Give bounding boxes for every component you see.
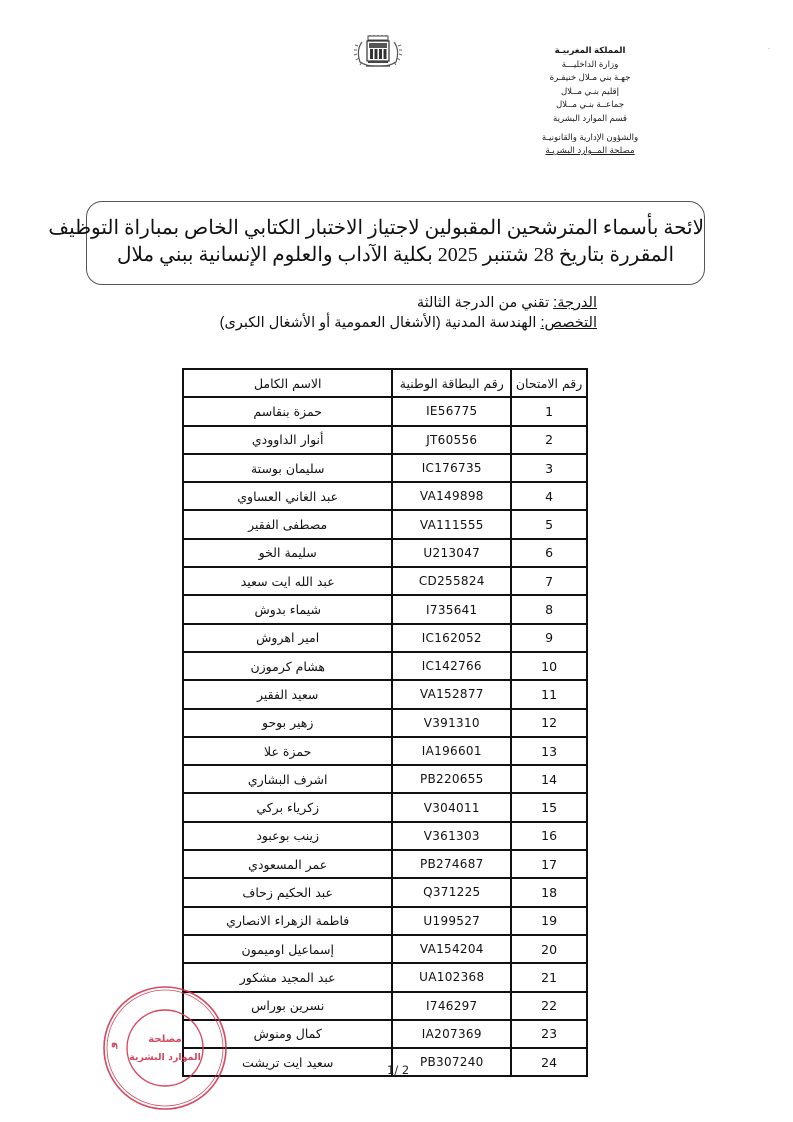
exam-number-cell: 24 [511,1048,587,1076]
table-row: 5VA111555مصطفى الفقير [183,510,587,538]
full-name-cell: عمر المسعودي [183,850,392,878]
national-id-cell: CD255824 [392,567,511,595]
grade-label: الدرجة: [553,295,597,311]
national-id-cell: I735641 [392,595,511,623]
national-id-cell: IA207369 [392,1020,511,1048]
table-row: 13IA196601حمزة علا [183,737,587,765]
grade-value: تقني من الدرجة الثالثة [417,295,553,311]
header-exam-number: رقم الامتحان [511,369,587,397]
full-name-cell: اشرف البشاري [183,765,392,793]
full-name-cell: أنوار الداوودي [183,426,392,454]
table-row: 18Q371225عبد الحكيم زحاف [183,878,587,906]
header-national-id: رقم البطاقة الوطنية [392,369,511,397]
national-id-cell: V361303 [392,822,511,850]
national-id-cell: VA149898 [392,482,511,510]
letterhead-province: إقليم بنـي مــلال [530,85,650,99]
exam-number-cell: 8 [511,595,587,623]
specialty-value: الهندسة المدنية (الأشغال العمومية أو الأ… [220,315,541,331]
exam-number-cell: 10 [511,652,587,680]
table-row: 19U199527فاطمة الزهراء الانصاري [183,907,587,935]
national-id-cell: V304011 [392,793,511,821]
exam-number-cell: 13 [511,737,587,765]
full-name-cell: عبد الغاني العساوي [183,482,392,510]
full-name-cell: شيماء بدوش [183,595,392,623]
exam-number-cell: 5 [511,510,587,538]
full-name-cell: حمزة علا [183,737,392,765]
exam-number-cell: 3 [511,454,587,482]
full-name-cell: سعيد الفقير [183,680,392,708]
table-row: 3IC176735سليمان بوستة [183,454,587,482]
table-row: 9IC162052امير اهروش [183,624,587,652]
full-name-cell: زينب بوعبود [183,822,392,850]
full-name-cell: زهير بوحو [183,709,392,737]
exam-number-cell: 21 [511,963,587,991]
letterhead-division: قسم الموارد البشرية [530,112,650,126]
letterhead-kingdom: المملكة المغربيـة [530,44,650,58]
page-number: 1/ 2 [387,1063,409,1077]
full-name-cell: هشام كرموزن [183,652,392,680]
exam-number-cell: 17 [511,850,587,878]
municipal-emblem-icon [352,34,404,70]
letterhead-region: جهـة بني مـلال خنيفـرة [530,71,650,85]
table-row: 17PB274687عمر المسعودي [183,850,587,878]
national-id-cell: IC176735 [392,454,511,482]
table-row: 12V391310زهير بوحو [183,709,587,737]
header-full-name: الاسم الكامل [183,369,392,397]
national-id-cell: UA102368 [392,963,511,991]
table-row: 20VA154204إسماعيل اوميمون [183,935,587,963]
table-row: 14PB220655اشرف البشاري [183,765,587,793]
exam-number-cell: 9 [511,624,587,652]
exam-number-cell: 6 [511,539,587,567]
letterhead-commune: جماعــة بنـي مــلال [530,98,650,112]
letterhead-ministry: وزارة الداخليـــة [530,58,650,72]
full-name-cell: عبد الله ايت سعيد [183,567,392,595]
full-name-cell: امير اهروش [183,624,392,652]
table-row: 6U213047سليمة الخو [183,539,587,567]
letterhead-service: مصلحة المــوارد البشريـة [530,144,650,158]
exam-number-cell: 14 [511,765,587,793]
table-row: 10IC142766هشام كرموزن [183,652,587,680]
full-name-cell: مصطفى الفقير [183,510,392,538]
letterhead-division-cont: والشؤون الإدارية والقانونيـة [530,131,650,145]
table-row: 23IA207369كمال ومنوش [183,1020,587,1048]
exam-number-cell: 1 [511,397,587,425]
exam-number-cell: 22 [511,992,587,1020]
full-name-cell: حمزة بنقاسم [183,397,392,425]
national-id-cell: VA154204 [392,935,511,963]
exam-number-cell: 20 [511,935,587,963]
national-id-cell: U199527 [392,907,511,935]
national-id-cell: Q371225 [392,878,511,906]
national-id-cell: VA111555 [392,510,511,538]
specialty-row: التخصص: الهندسة المدنية (الأشغال العمومي… [220,313,597,333]
exam-number-cell: 16 [511,822,587,850]
full-name-cell: إسماعيل اوميمون [183,935,392,963]
table-row: 7CD255824عبد الله ايت سعيد [183,567,587,595]
national-id-cell: VA152877 [392,680,511,708]
grade-row: الدرجة: تقني من الدرجة الثالثة [220,293,597,313]
full-name-cell: زكرياء بركي [183,793,392,821]
full-name-cell: سليمة الخو [183,539,392,567]
national-id-cell: U213047 [392,539,511,567]
candidates-table: رقم الامتحان رقم البطاقة الوطنية الاسم ا… [182,368,588,1077]
exam-meta: الدرجة: تقني من الدرجة الثالثة التخصص: ا… [220,293,597,333]
national-id-cell: PB220655 [392,765,511,793]
svg-text:مصلحة: مصلحة [148,1034,181,1045]
table-row: 24PB307240سعيد ايت تريشت [183,1048,587,1076]
table-header-row: رقم الامتحان رقم البطاقة الوطنية الاسم ا… [183,369,587,397]
national-id-cell: PB274687 [392,850,511,878]
document-title-box: لائحة بأسماء المترشحين المقبولين لاجتياز… [86,201,705,285]
official-stamp-icon: وزارة الداخلية ★ جماعة بني ملال ★ جهة بن… [101,984,229,1112]
exam-number-cell: 23 [511,1020,587,1048]
full-name-cell: فاطمة الزهراء الانصاري [183,907,392,935]
exam-number-cell: 18 [511,878,587,906]
exam-number-cell: 4 [511,482,587,510]
document-title-line-2: المقررة بتاريخ 28 شتنبر 2025 بكلية الآدا… [87,242,704,269]
exam-number-cell: 15 [511,793,587,821]
table-row: 1IE56775حمزة بنقاسم [183,397,587,425]
national-id-cell: IC162052 [392,624,511,652]
exam-number-cell: 19 [511,907,587,935]
exam-number-cell: 11 [511,680,587,708]
national-id-cell: I746297 [392,992,511,1020]
document-title-line-1: لائحة بأسماء المترشحين المقبولين لاجتياز… [87,215,704,242]
table-row: 16V361303زينب بوعبود [183,822,587,850]
table-row: 21UA102368عبد المجيد مشكور [183,963,587,991]
svg-text:الموارد البشرية: الموارد البشرية [129,1052,201,1063]
table-row: 22I746297نسرين بوراس [183,992,587,1020]
letterhead: المملكة المغربيـة وزارة الداخليـــة جهـة… [530,44,650,158]
national-id-cell: IA196601 [392,737,511,765]
national-id-cell: IC142766 [392,652,511,680]
national-id-cell: IE56775 [392,397,511,425]
table-row: 2JT60556أنوار الداوودي [183,426,587,454]
full-name-cell: عبد الحكيم زحاف [183,878,392,906]
exam-number-cell: 12 [511,709,587,737]
table-row: 11VA152877سعيد الفقير [183,680,587,708]
national-id-cell: JT60556 [392,426,511,454]
national-id-cell: V391310 [392,709,511,737]
table-row: 4VA149898عبد الغاني العساوي [183,482,587,510]
specialty-label: التخصص: [540,315,597,331]
table-row: 15V304011زكرياء بركي [183,793,587,821]
exam-number-cell: 7 [511,567,587,595]
national-id-cell: PB307240 [392,1048,511,1076]
full-name-cell: سليمان بوستة [183,454,392,482]
scan-artifact: ـ [768,44,770,51]
table-row: 8I735641شيماء بدوش [183,595,587,623]
exam-number-cell: 2 [511,426,587,454]
